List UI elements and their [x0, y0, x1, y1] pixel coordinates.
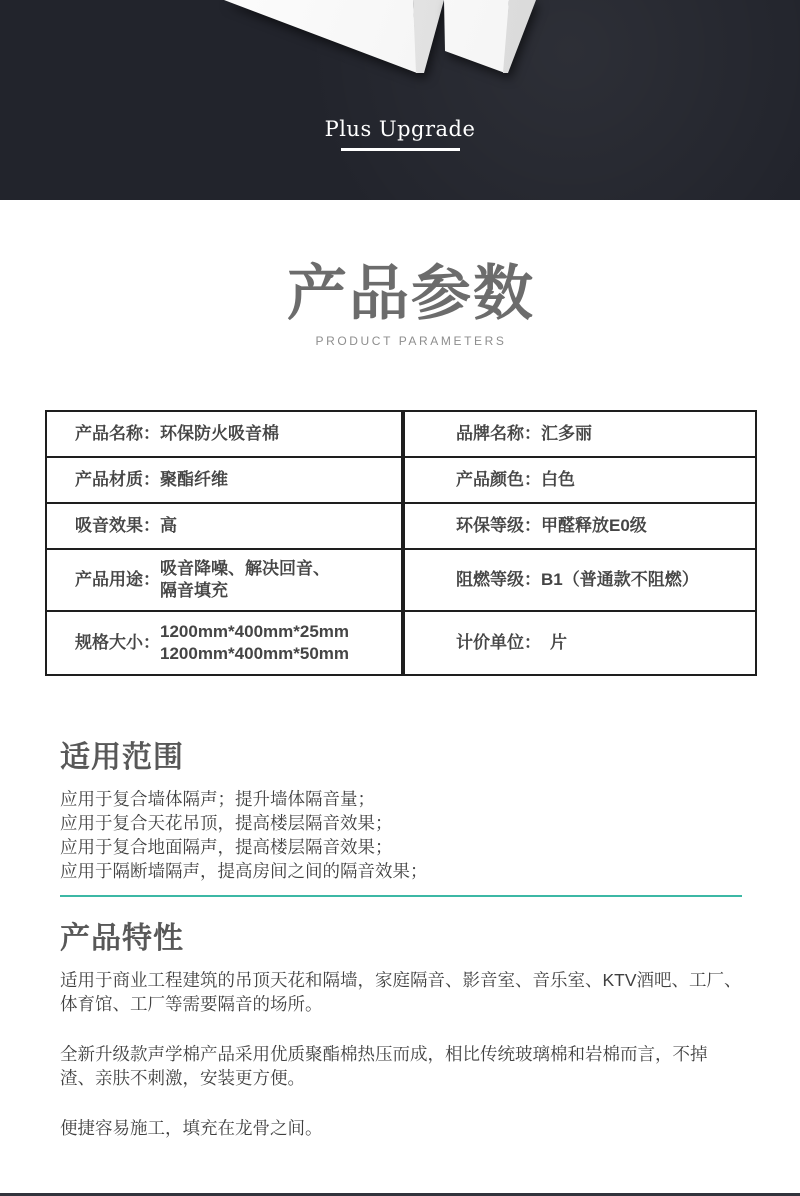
spec-value: 片	[550, 632, 567, 654]
scope-line: 应用于复合墙体隔声；提升墙体隔音量；	[60, 787, 742, 811]
spec-label: 产品材质：	[75, 469, 160, 491]
scope-section-heading: 适用范围	[60, 732, 742, 776]
feature-paragraph: 便捷容易施工，填充在龙骨之间。	[60, 1116, 742, 1140]
foam-board-face	[0, 0, 800, 200]
scope-line: 应用于复合地面隔声，提高楼层隔音效果；	[60, 835, 742, 859]
plus-upgrade-label: Plus Upgrade	[325, 117, 476, 141]
spec-label: 阻燃等级：	[456, 569, 541, 591]
title-block: 产品参数 PRODUCT PARAMETERS	[11, 200, 800, 348]
table-row: 吸音效果： 高	[47, 504, 401, 550]
spec-value: 高	[160, 515, 177, 537]
table-row: 产品用途： 吸音降噪、解决回音、 隔音填充	[47, 550, 401, 612]
scope-line: 应用于复合天花吊顶，提高楼层隔音效果；	[60, 811, 742, 835]
spec-label: 吸音效果：	[75, 515, 160, 537]
spec-label: 产品用途：	[75, 569, 160, 591]
spec-label: 计价单位：	[456, 632, 541, 654]
feature-paragraphs: 适用于商业工程建筑的吊顶天花和隔墙，家庭隔音、影音室、音乐室、KTV酒吧、工厂、…	[60, 968, 742, 1140]
section-scope: 适用范围 应用于复合墙体隔声；提升墙体隔音量； 应用于复合天花吊顶，提高楼层隔音…	[60, 732, 742, 897]
foam-board-right-image	[0, 0, 800, 200]
spec-value-line2: 1200mm*400mm*50mm	[160, 643, 349, 665]
table-row: 品牌名称： 汇多丽	[405, 412, 755, 458]
spec-value: 汇多丽	[541, 423, 592, 445]
table-row: 计价单位： 片	[405, 612, 755, 674]
spec-label: 产品颜色：	[456, 469, 541, 491]
table-row: 规格大小： 1200mm*400mm*25mm 1200mm*400mm*50m…	[47, 612, 401, 674]
spec-label: 品牌名称：	[456, 423, 541, 445]
page-subtitle: PRODUCT PARAMETERS	[11, 334, 800, 348]
table-row: 产品颜色： 白色	[405, 458, 755, 504]
header-banner: Plus Upgrade	[0, 0, 800, 200]
spec-label: 环保等级：	[456, 515, 541, 537]
feature-paragraph: 适用于商业工程建筑的吊顶天花和隔墙，家庭隔音、影音室、音乐室、KTV酒吧、工厂、…	[60, 968, 742, 1016]
scope-lines: 应用于复合墙体隔声；提升墙体隔音量； 应用于复合天花吊顶，提高楼层隔音效果； 应…	[60, 787, 742, 883]
badge-underline	[341, 148, 460, 151]
spec-table: 产品名称： 环保防火吸音棉 产品材质： 聚酯纤维 吸音效果： 高 产品用途： 吸…	[45, 410, 757, 676]
spec-table-left: 产品名称： 环保防火吸音棉 产品材质： 聚酯纤维 吸音效果： 高 产品用途： 吸…	[45, 410, 403, 676]
scope-line: 应用于隔断墙隔声，提高房间之间的隔音效果；	[60, 859, 742, 883]
plus-upgrade-badge: Plus Upgrade	[0, 117, 800, 151]
page-title: 产品参数	[11, 262, 800, 325]
spec-value: 甲醛释放E0级	[541, 515, 647, 537]
spec-value: 环保防火吸音棉	[160, 423, 279, 445]
table-row: 阻燃等级： B1（普通款不阻燃）	[405, 550, 755, 612]
spec-value: B1（普通款不阻燃）	[541, 569, 699, 591]
spec-value-line2: 隔音填充	[160, 580, 330, 602]
spec-table-right: 品牌名称： 汇多丽 产品颜色： 白色 环保等级： 甲醛释放E0级 阻燃等级： B…	[403, 410, 757, 676]
feature-paragraph: 全新升级款声学棉产品采用优质聚酯棉热压而成，相比传统玻璃棉和岩棉而言，不掉渣、亲…	[60, 1042, 742, 1090]
foam-board-edge	[0, 0, 800, 200]
spec-value: 1200mm*400mm*25mm	[160, 621, 349, 643]
spec-label: 规格大小：	[75, 632, 160, 654]
features-section-heading: 产品特性	[60, 913, 742, 957]
spec-value: 聚酯纤维	[160, 469, 228, 491]
spec-value: 白色	[541, 469, 575, 491]
section-divider	[60, 895, 742, 897]
table-row: 产品名称： 环保防火吸音棉	[47, 412, 401, 458]
product-photo	[0, 0, 800, 200]
spec-label: 产品名称：	[75, 423, 160, 445]
section-features: 产品特性 适用于商业工程建筑的吊顶天花和隔墙，家庭隔音、影音室、音乐室、KTV酒…	[60, 913, 742, 1140]
spec-value: 吸音降噪、解决回音、	[160, 558, 330, 580]
table-row: 产品材质： 聚酯纤维	[47, 458, 401, 504]
table-row: 环保等级： 甲醛释放E0级	[405, 504, 755, 550]
